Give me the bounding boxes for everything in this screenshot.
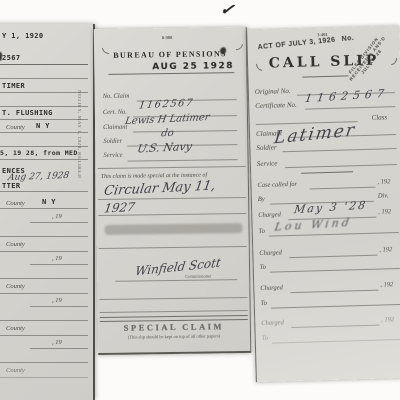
ruled-line [270, 268, 400, 273]
charged-label: Charged [260, 284, 283, 292]
ruled-line [133, 130, 237, 132]
act-stamp-no: No. [341, 35, 354, 43]
county-value: N Y [42, 198, 56, 206]
form-number: 8-908 [162, 35, 173, 40]
soldier-value: Latimer [273, 120, 358, 148]
service-label: Service [257, 159, 278, 168]
ruled-line [0, 208, 88, 209]
year-label: , 19 [52, 213, 62, 220]
ruled-line [100, 297, 248, 300]
ruled-line [285, 164, 397, 168]
ruled-line [289, 255, 377, 258]
charged-label: Charged [261, 319, 284, 327]
ruled-line [99, 246, 247, 249]
card-med-line: 5, 19 28, from MED [0, 149, 78, 157]
ruled-line [0, 119, 88, 120]
card-date-fragment: Y 1, 1920 [2, 32, 44, 40]
div-label: Div. [378, 192, 389, 199]
ruled-line [0, 362, 88, 363]
ruled-line [291, 325, 379, 328]
claimant-value: Lewis H Latimer [124, 112, 210, 127]
year-label: , 19 [52, 339, 62, 346]
ruled-line [0, 146, 88, 147]
ruled-line [0, 132, 88, 133]
ruled-line [30, 306, 88, 307]
special-claim-note: (This slip should be kept on top of all … [98, 333, 250, 340]
call-slip-title: CALL SLIP [248, 52, 400, 72]
class-label: Class [371, 113, 387, 121]
ruled-line [302, 75, 348, 77]
scanned-document-page: ✓ Y 1, 1920 2567 TIMER T. FLUSHING Count… [0, 0, 400, 400]
year-label: , 19 [52, 297, 62, 304]
to-label: To [262, 335, 268, 342]
ruled-line [310, 187, 376, 190]
cert-no-label: Cert. No. [103, 109, 127, 116]
county-label: County [6, 200, 25, 207]
card-cert-fragment: 2567 [2, 54, 20, 62]
ruled-line [0, 64, 88, 65]
ruled-line [0, 278, 88, 279]
ruled-line [272, 339, 400, 344]
card-address-fragment: T. FLUSHING [2, 109, 53, 117]
charged-label: Charged [258, 211, 281, 219]
ruled-line [0, 92, 88, 93]
ruled-line [290, 290, 378, 293]
county-label: County [6, 241, 25, 248]
charged-label: Charged [259, 249, 282, 257]
ruled-line [0, 320, 88, 321]
pen-checkmark-icon: ✓ [219, 0, 236, 21]
charged-value: May 3 '28 [293, 199, 368, 217]
call-slip: 3-401 ACT OF JULY 3, 1926 No. FILES DIVI… [246, 26, 400, 382]
ruled-line [0, 191, 88, 192]
to-label: To [260, 264, 266, 271]
no-claim-label: No. Claim [103, 93, 130, 100]
ruled-line [301, 171, 353, 173]
ruled-line [0, 78, 88, 79]
left-pension-card: Y 1, 1920 2567 TIMER T. FLUSHING County … [0, 24, 95, 400]
county-label: County [6, 325, 25, 332]
year-label: , 19 [52, 255, 62, 262]
ruled-line [30, 348, 88, 349]
card-name-fragment: TIMER [2, 82, 25, 90]
ruled-line [108, 72, 234, 75]
ruled-line [0, 335, 88, 336]
ruled-line [0, 159, 88, 160]
ruled-line [305, 106, 395, 110]
act-stamp-text: ACT OF JULY 3, 1926 [257, 37, 335, 52]
ruled-line [98, 166, 246, 169]
original-no-label: Original No. [255, 87, 291, 96]
case-called-label: Case called for [257, 181, 297, 189]
bureau-of-pensions-slip: 8-908 BUREAU OF PENSIONS AUG 25 1928 No.… [94, 27, 252, 355]
soldier-label: Soldier [103, 138, 122, 145]
service-label: Service [103, 152, 122, 159]
to-label: To [259, 228, 265, 235]
year-192: , 192 [381, 316, 394, 323]
year-192: , 192 [377, 178, 390, 185]
ruled-line [283, 148, 397, 152]
commissioner-title: Commissioner [185, 273, 211, 278]
year-192: , 192 [378, 208, 391, 215]
county-label: County [6, 283, 25, 290]
special-value-line1: Circular May 11, [103, 178, 217, 199]
county-label: County [6, 367, 25, 374]
ruled-line [0, 377, 88, 378]
letter-fragment: TTER [2, 182, 20, 190]
illegible-stamp-smudge [104, 223, 242, 235]
ruled-line [128, 159, 238, 162]
ruled-line [0, 106, 88, 107]
ruled-line [0, 293, 88, 294]
county-label: County [6, 124, 25, 131]
year-192: , 192 [380, 281, 393, 288]
vertical-stamp: NOTIFY, MAY 1, 1920, RETIRED [76, 90, 81, 250]
to-label: To [261, 300, 267, 307]
date-received-stamp: AUG 25 1928 [152, 61, 234, 72]
soldier-value: do [160, 128, 174, 140]
certificate-no-label: Certificate No. [255, 101, 297, 110]
cert-no-value: 1162567 [138, 98, 195, 112]
ruled-line [0, 236, 88, 237]
special-claim-heading: SPECIAL CLAIM [98, 321, 250, 333]
ruled-line [100, 310, 248, 313]
by-label: By [258, 196, 265, 203]
county-value: N Y [36, 122, 50, 130]
service-value: U.S. Navy [136, 140, 193, 156]
form-number: 3-401 [317, 32, 328, 37]
ruled-line [271, 304, 400, 309]
year-192: , 192 [379, 246, 392, 253]
act-stamp: ACT OF JULY 3, 1926 No. [257, 35, 354, 51]
certificate-no-value: 1162567 [304, 87, 390, 105]
special-value-line2: 1927 [103, 200, 136, 216]
ruled-line [30, 264, 88, 265]
ruled-line [115, 279, 237, 282]
to-value: Lou Wind [274, 216, 353, 234]
ruled-line [0, 251, 88, 252]
